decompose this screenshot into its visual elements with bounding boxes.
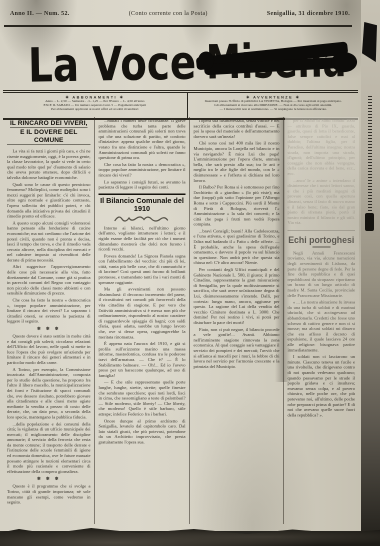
top-bar: Anno II. — Num. 52. (Conto corrente con … — [10, 11, 350, 17]
paragraph: ...mutati i numeri delle circostanze. Il… — [99, 118, 186, 160]
paragraph: Questo dovere è stato sentito in molte c… — [7, 334, 91, 366]
abbonamenti-box: ✳ ABBONAMENTI ✳ Anno . . L. 2,50 — Semes… — [3, 93, 188, 118]
paragraph: Il Balbo? Per Roma si è sottomesso per f… — [194, 185, 280, 227]
masthead: La Voce Misena — [0, 24, 362, 92]
paragraph: Che cosa ha fatto la nostra « democratic… — [7, 298, 91, 324]
paragraph: Quali sono le cause di questo pernicioso… — [7, 182, 91, 219]
dateline: Senigallia, 31 dicembre 1910. — [267, 11, 350, 17]
headline-rincaro-line2: E IL DOVERE DEL COMUNE — [7, 128, 91, 145]
newspaper-page: Anno II. — Num. 52. (Conto corrente con … — [0, 0, 361, 531]
section-separator: ✽ ✽ ✽ — [7, 326, 91, 332]
paragraph: Povera domanda! La Signora Pianola sogna… — [99, 253, 186, 285]
headline-rincaro: IL RINCARO DEI VIVERI, E IL DOVERE DEL C… — [7, 119, 91, 145]
masthead-lettering: La Voce Misena — [0, 24, 362, 92]
paragraph: Onore dunque al primo architetto di Seni… — [99, 418, 186, 444]
edge-ink-blob — [365, 213, 374, 231]
info-row: ✳ ABBONAMENTI ✳ Anno . . L. 2,50 — Semes… — [3, 90, 358, 120]
paragraph: per il Soldo di Santi contati 1000 — att… — [288, 118, 356, 176]
paragraph: Questo è il programma che si svolge a To… — [7, 484, 91, 505]
photo-background: Anno II. — Num. 52. (Conto corrente con … — [0, 0, 380, 546]
paragraph: Per contanti degli Uffici municipali e d… — [194, 267, 280, 325]
paragraph: I soldati non ci lasciarono un minuto. C… — [288, 354, 356, 418]
postal-note: (Conto corrente con la Posta) — [129, 11, 208, 17]
article-column-1: IL RINCARO DEI VIVERI, E IL DOVERE DEL C… — [3, 117, 95, 524]
headline-bilancio: Il Bilancio Comunale del 1910 — [99, 193, 186, 213]
paragraph: La vita si fa tutti i giorni più cara, e… — [7, 149, 91, 181]
edge-vertical-text-marks — [368, 95, 372, 217]
paragraph: Che cosa ha fatto la nostra « democratic… — [99, 162, 186, 178]
abbonamenti-line: Per abbonamenti applicarsi ai nostri uff… — [3, 108, 187, 112]
article-column-2: ...mutati i numeri delle circostanze. Il… — [95, 117, 190, 524]
fold-shadow — [275, 117, 291, 382]
paragraph: Intorno ai bilanci, nell'ultimo giorno d… — [99, 225, 186, 251]
paragraph: Chè sono così nel 400 mila lire il nostr… — [194, 141, 280, 183]
paragraph: Lo sapranno i consigli futuri, se avrann… — [99, 179, 186, 190]
avvertenze-box: ✳ AVVERTENZE ✳ Inserzioni presso l'Uffic… — [188, 93, 358, 118]
paragraph: ...bravi Consigli; buoni! Alla Cadolesce… — [194, 228, 280, 265]
headline-echi-rule — [312, 246, 330, 247]
column-divider — [94, 117, 95, 524]
paragraph: « ... La nostra abitazione fu invasa da … — [288, 300, 356, 353]
article-column-3: l'opera sua disinteressata, senza vincit… — [190, 117, 284, 524]
masthead-word1: La Voce — [28, 36, 197, 92]
edge-strip — [361, 0, 380, 546]
paragraph: ...anco' le « anime » intendano il disin… — [288, 178, 356, 226]
paragraph: — E che stile rappresentano quelle porte… — [99, 380, 186, 417]
column-divider — [189, 117, 190, 524]
edge-ink-mark — [362, 22, 377, 62]
issue-number: Anno II. — Num. 52. — [10, 11, 70, 17]
paragraph: Negli Annali Francescani troviamo, via v… — [288, 250, 356, 298]
paragraph: Altri suggerisce l'approvvigionamento de… — [7, 264, 91, 296]
headline-rincaro-line1: IL RINCARO DEI VIVERI, — [10, 119, 88, 128]
handwritten-scribble — [112, 213, 172, 224]
paragraph: A questo scopo alcuni consigli volontero… — [7, 220, 91, 262]
paragraph: ...della popolazione e dei consumi della… — [7, 421, 91, 474]
headline-echi: Echi portoghesi — [288, 230, 356, 245]
article-columns: IL RINCARO DEI VIVERI, E IL DOVERE DEL C… — [3, 117, 359, 524]
paragraph: A Torino, per esempio, la Commissione in… — [7, 367, 91, 420]
paragraph: Ma gli avvenimenti non possono dissimula… — [99, 287, 186, 340]
paragraph: È appena nata l'aurora del 1910, e già s… — [99, 341, 186, 378]
paragraph: l'opera sua disinteressata, senza vincit… — [194, 118, 280, 139]
avvertenze-line: — I manoscritti non si restituiscono. — … — [188, 108, 358, 112]
article-column-4: per il Soldo di Santi contati 1000 — att… — [284, 117, 360, 524]
section-separator: ✽ ✽ ✽ — [7, 476, 91, 482]
paragraph: Fiato, non ci può negare, il bilancio pr… — [194, 327, 280, 369]
